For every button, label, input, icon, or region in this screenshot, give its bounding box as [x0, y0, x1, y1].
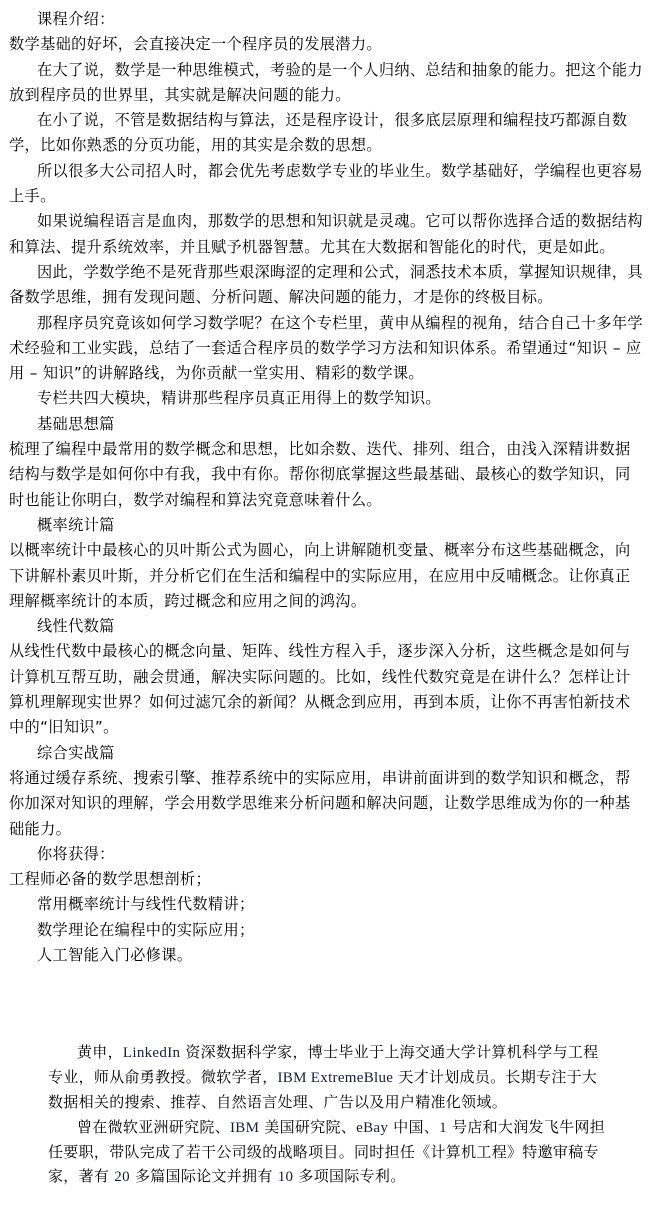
gains-item: 数学理论在编程中的实际应用；: [9, 918, 645, 943]
module-description: 梳理了编程中最常用的数学概念和思想，比如余数、迭代、排列、组合，由浅入深精讲数据…: [9, 437, 645, 513]
gains-label: 你将获得：: [9, 842, 645, 867]
company-ebay: eBay: [356, 1120, 388, 1136]
gains-item: 工程师必备的数学思想剖析；: [9, 867, 645, 892]
intro-label: 课程介绍：: [9, 7, 645, 32]
intro-paragraph: 所以很多大公司招人时，都会优先考虑数学专业的毕业生。数学基础好，学编程也更容易上…: [9, 159, 645, 210]
number: 1: [439, 1120, 447, 1136]
number: 20: [114, 1169, 130, 1185]
gains-item: 常用概率统计与线性代数精讲；: [9, 892, 645, 917]
author-bio: 黄申，LinkedIn 资深数据科学家，博士毕业于上海交通大学计算机科学与工程专…: [48, 1040, 610, 1189]
author-name: 黄申，: [77, 1043, 123, 1061]
intro-paragraph: 因此，学数学绝不是死背那些艰深晦涩的定理和公式，洞悉技术本质，掌握知识规律，具备…: [9, 260, 645, 311]
intro-paragraph: 在小了说，不管是数据结构与算法，还是程序设计，很多底层原理和编程技巧都源自数学，…: [9, 108, 645, 159]
program-ibm-extremeblue: IBM ExtremeBlue: [278, 1070, 394, 1086]
module-description: 将通过缓存系统、搜索引擎、推荐系统中的实际应用，串讲前面讲到的数学知识和概念，帮…: [9, 766, 645, 842]
intro-lead: 数学基础的好坏，会直接决定一个程序员的发展潜力。: [9, 32, 645, 57]
module-title: 概率统计篇: [9, 513, 645, 538]
intro-paragraph: 那程序员究竟该如何学习数学呢？在这个专栏里，黄申从编程的视角，结合自己十多年学术…: [9, 311, 645, 387]
intro-paragraph: 专栏共四大模块，精讲那些程序员真正用得上的数学知识。: [9, 386, 645, 411]
module-description: 从线性代数中最核心的概念向量、矩阵、线性方程入手，逐步深入分析，这些概念是如何与…: [9, 639, 645, 740]
intro-paragraph: 在大了说，数学是一种思维模式，考验的是一个人归纳、总结和抽象的能力。把这个能力放…: [9, 58, 645, 109]
module-title: 综合实战篇: [9, 741, 645, 766]
bio-text: 多项国际专利。: [293, 1167, 405, 1185]
author-bio-paragraph: 曾在微软亚洲研究院、IBM 美国研究院、eBay 中国、1 号店和大润发飞牛网担…: [48, 1115, 610, 1190]
module-title: 基础思想篇: [9, 412, 645, 437]
company-ibm: IBM: [230, 1120, 259, 1136]
intro-paragraph: 如果说编程语言是血肉，那数学的思想和知识就是灵魂。它可以帮你选择合适的数据结构和…: [9, 209, 645, 260]
bio-text: 曾在微软亚洲研究院、: [77, 1118, 230, 1136]
bio-text: 美国研究院、: [259, 1118, 356, 1136]
module-title: 线性代数篇: [9, 614, 645, 639]
bio-text: 中国、: [388, 1118, 439, 1136]
author-bio-paragraph: 黄申，LinkedIn 资深数据科学家，博士毕业于上海交通大学计算机科学与工程专…: [48, 1040, 610, 1115]
gains-item: 人工智能入门必修课。: [9, 943, 645, 968]
company-linkedin: LinkedIn: [123, 1045, 180, 1061]
course-description: 课程介绍： 数学基础的好坏，会直接决定一个程序员的发展潜力。 在大了说，数学是一…: [9, 7, 645, 968]
bio-text: 多篇国际论文并拥有: [130, 1167, 278, 1185]
module-description: 以概率统计中最核心的贝叶斯公式为圆心，向上讲解随机变量、概率分布这些基础概念，向…: [9, 538, 645, 614]
number: 10: [278, 1169, 294, 1185]
